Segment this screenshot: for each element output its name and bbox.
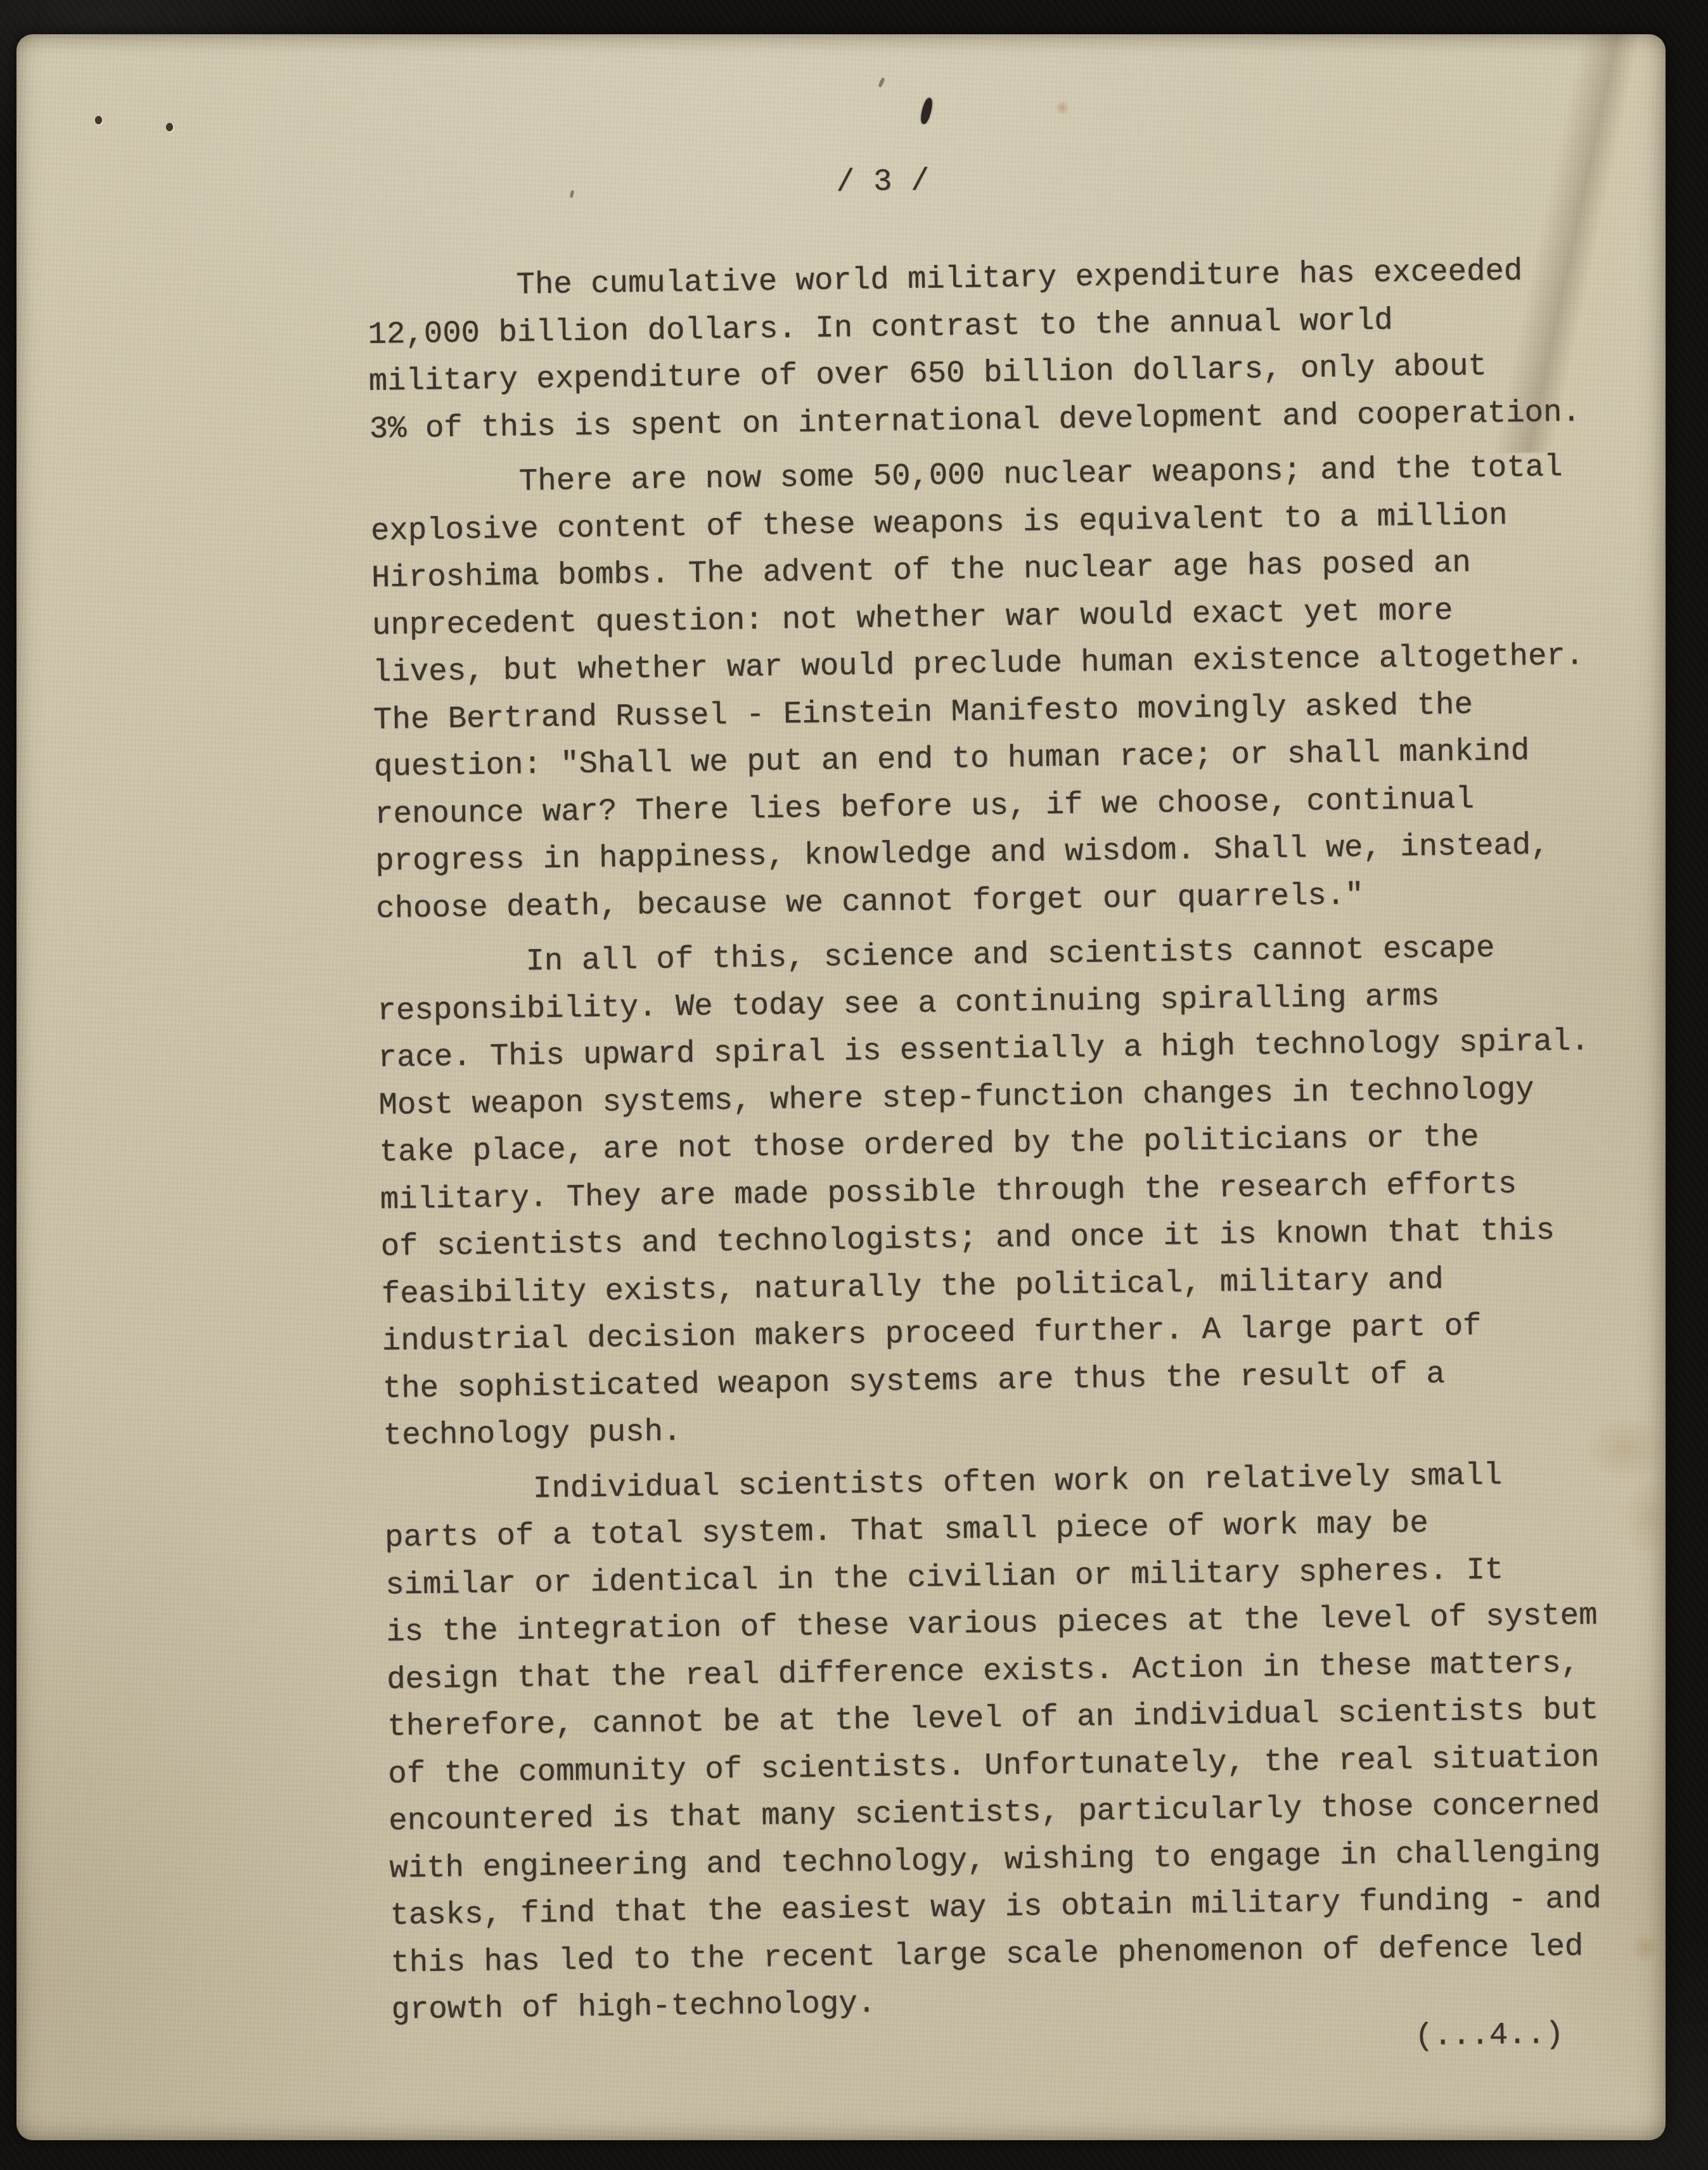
paragraph: The cumulative world military expenditur…	[367, 246, 1637, 453]
paper-speck	[570, 190, 574, 198]
pin-hole	[166, 123, 173, 131]
scanned-document-photo: { "document": { "page_number": "/ 3 /", …	[0, 0, 1708, 2170]
ink-blot	[919, 97, 934, 125]
typewritten-text: / 3 / The cumulative world military expe…	[367, 246, 1660, 2074]
paragraph: There are now some 50,000 nuclear weapon…	[369, 442, 1643, 933]
pin-hole	[95, 116, 102, 124]
page-number: / 3 /	[836, 158, 930, 207]
paragraph: In all of this, science and scientists c…	[376, 922, 1651, 1459]
paragraphs: The cumulative world military expenditur…	[367, 246, 1659, 2034]
paragraph: Individual scientists often work on rela…	[384, 1449, 1659, 2034]
paper-speck	[878, 77, 885, 87]
scanner-background: / 3 / The cumulative world military expe…	[0, 0, 1708, 2170]
document-page: / 3 / The cumulative world military expe…	[16, 34, 1666, 2140]
